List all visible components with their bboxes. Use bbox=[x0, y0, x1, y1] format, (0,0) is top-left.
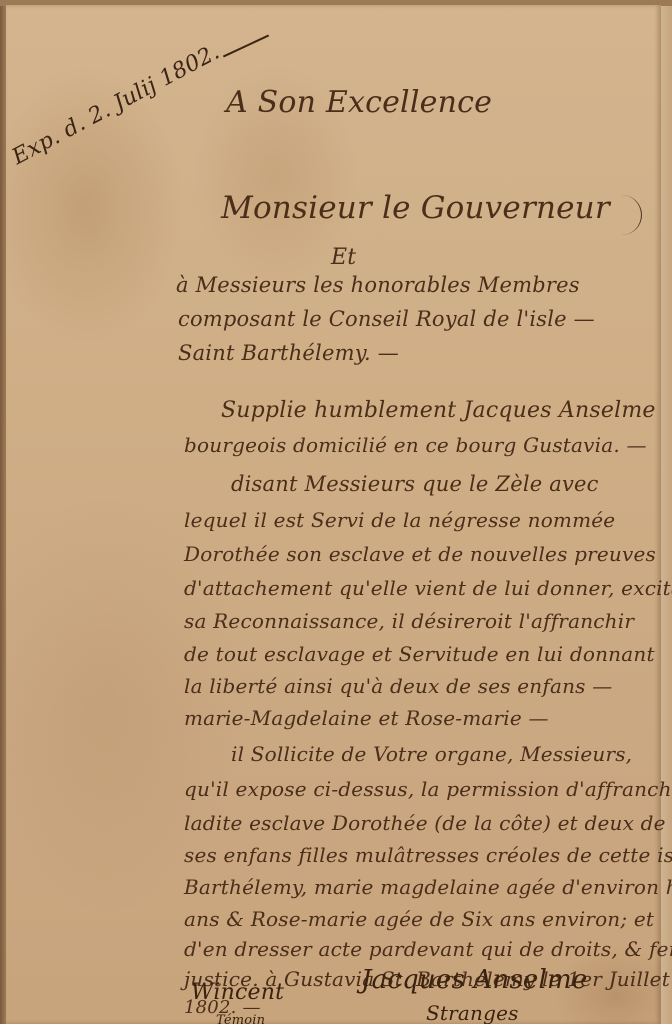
margin-flourish bbox=[223, 35, 269, 58]
body-line: il Sollicite de Votre organe, Messieurs, bbox=[231, 742, 632, 766]
body-line: disant Messieurs que le Zèle avec bbox=[231, 472, 599, 496]
body-line: marie-Magdelaine et Rose-marie — bbox=[184, 706, 549, 730]
body-line: Dorothée son esclave et de nouvelles pre… bbox=[184, 542, 656, 566]
signature-witness: Wincent bbox=[191, 980, 284, 1005]
signature-other: Stranges bbox=[426, 1001, 519, 1024]
body-line: d'en dresser acte pardevant qui de droit… bbox=[184, 937, 672, 961]
body-line: d'attachement qu'elle vient de lui donne… bbox=[184, 576, 672, 600]
address-line-2: Monsieur le Gouverneur bbox=[221, 190, 610, 226]
witness-role: Témoin bbox=[216, 1013, 265, 1024]
address-line-6: Saint Barthélemy. — bbox=[178, 341, 399, 365]
body-line: Barthélemy, marie magdelaine agée d'envi… bbox=[184, 875, 672, 899]
body-line: ladite esclave Dorothée (de la côte) et … bbox=[184, 811, 672, 835]
address-line-1: A Son Excellence bbox=[226, 85, 492, 120]
body-line: la liberté ainsi qu'à deux de ses enfans… bbox=[184, 674, 612, 698]
body-line: bourgeois domicilié en ce bourg Gustavia… bbox=[184, 433, 647, 457]
address-line-3: Et bbox=[331, 245, 356, 270]
address-line-5: composant le Conseil Royal de l'isle — bbox=[178, 307, 595, 331]
margin-note: Exp. d. 2. Julij 1802. bbox=[8, 40, 224, 170]
body-line: Supplie humblement Jacques Anselme bbox=[221, 398, 656, 423]
body-line: de tout esclavage et Servitude en lui do… bbox=[184, 642, 655, 666]
body-line: ans & Rose-marie agée de Six ans environ… bbox=[184, 907, 654, 931]
signature-petitioner: Jacques Anselme bbox=[361, 965, 587, 995]
address-line-4: à Messieurs les honorables Membres bbox=[176, 273, 580, 297]
body-line: ses enfans filles mulâtresses créoles de… bbox=[184, 843, 672, 867]
bracket-flourish bbox=[621, 195, 642, 235]
body-line: qu'il expose ci-dessus, la permission d'… bbox=[184, 777, 672, 801]
manuscript-sheet: Exp. d. 2. Julij 1802. A Son Excellence … bbox=[6, 5, 661, 1024]
body-line: sa Reconnaissance, il désireroit l'affra… bbox=[184, 609, 634, 633]
body-line: lequel il est Servi de la négresse nommé… bbox=[184, 508, 615, 532]
